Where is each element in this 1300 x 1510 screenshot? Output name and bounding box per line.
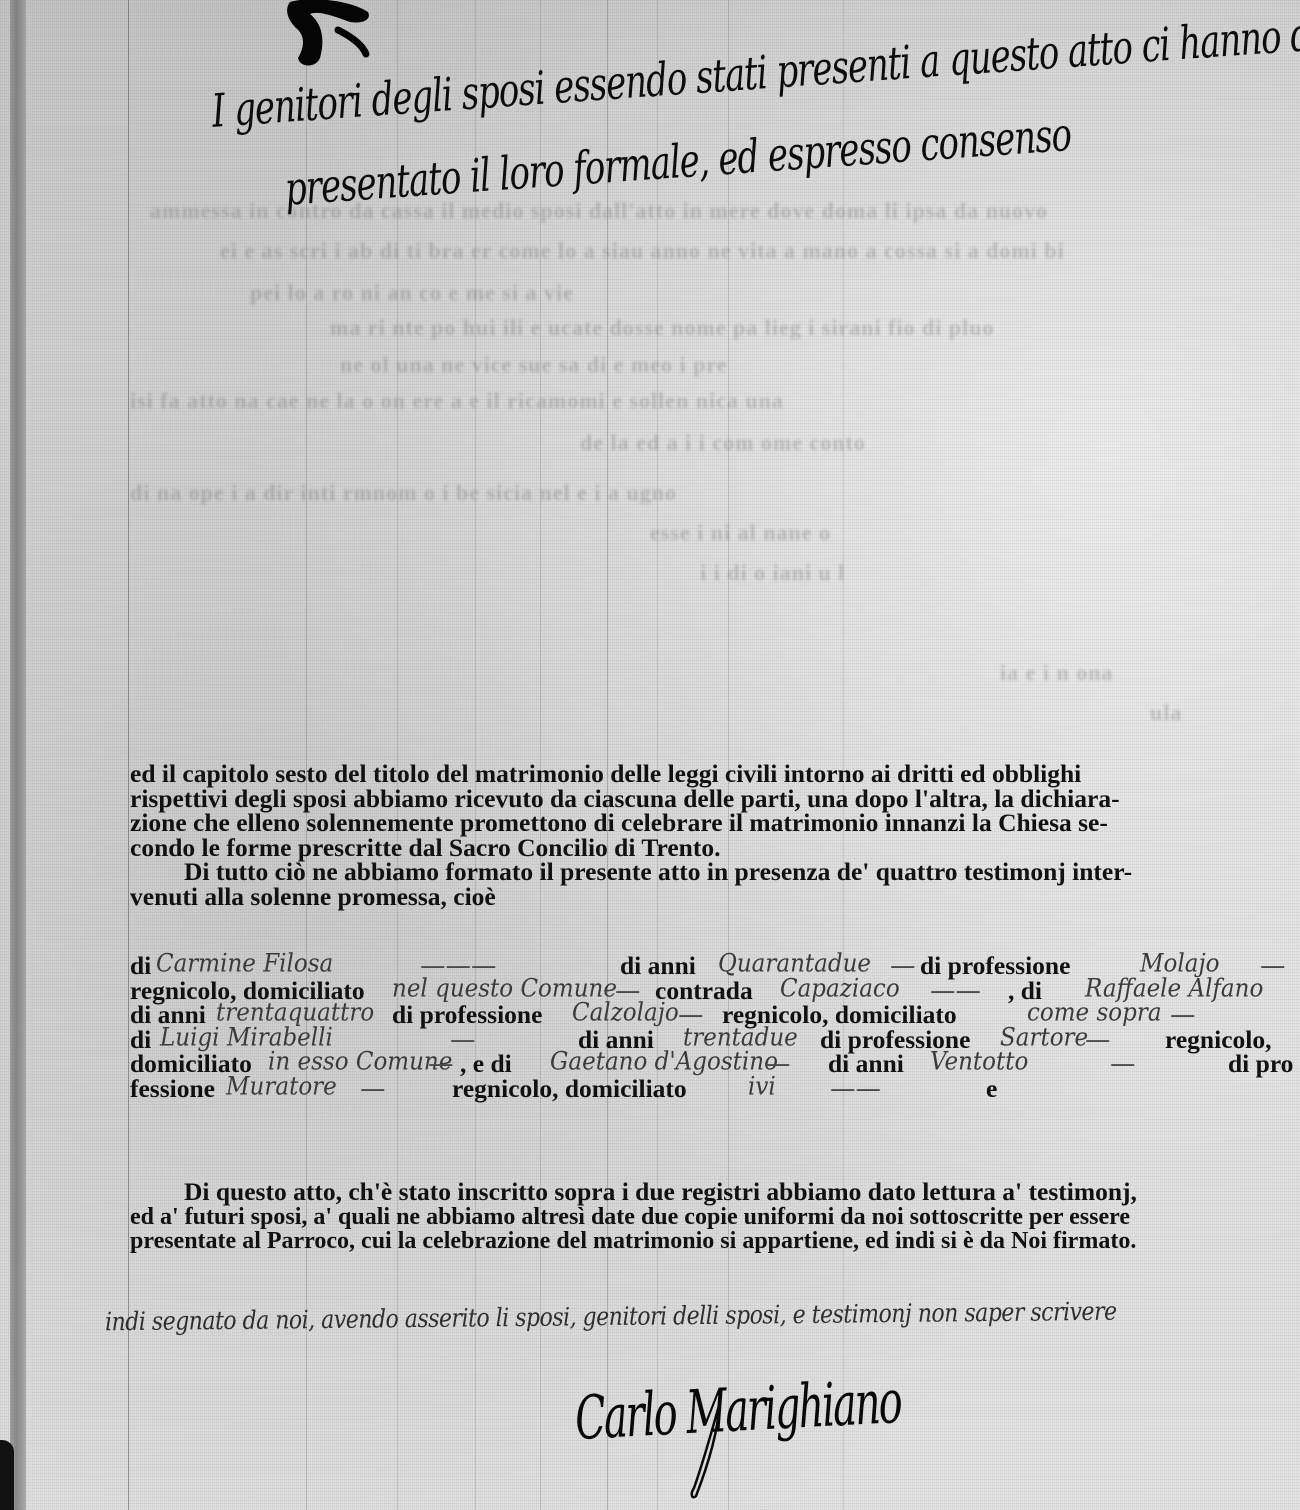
ruling-line [657,0,658,1510]
ruling-line [607,0,608,1510]
signature-flourish-icon [690,1400,730,1500]
paper-texture [0,0,1300,1510]
label-profession-start: di pro [1228,1052,1293,1077]
witness-4-name: Gaetano d'Agostino [550,1049,778,1076]
closing-line: presentate al Parroco, cui la celebrazio… [130,1229,1300,1254]
closing-line: ed a' futuri sposi, a' quali ne abbiamo … [130,1205,1300,1230]
binding-edge [10,0,26,1510]
label-di: di [130,954,151,979]
ruling-line [540,0,541,1510]
printed-body: ed il capitolo sesto del titolo del matr… [130,762,1300,910]
ruling-line [843,0,844,1510]
binding-shadow [0,1440,14,1510]
witness-4-domicile: ivi [748,1074,776,1101]
label-citizenship: regnicolo, domiciliato [452,1077,687,1102]
bleed-through-text: de la ed a i i com ome conto [580,430,866,456]
label-age: di anni [620,954,696,979]
witness-1-name: Carmine Filosa [156,951,333,978]
fill-dash: — [360,1077,386,1102]
ruling-line [306,0,307,1510]
bleed-through-text: ei e as scri i ab di ti bra er come lo a… [220,238,1065,264]
fill-dash: — [1110,1052,1136,1077]
printed-line: venuti alla solenne promessa, cioè [130,885,1300,910]
bleed-through-text: ula [1150,700,1182,726]
bleed-through-text: i i di o iani u l [700,560,845,586]
printed-line: ed il capitolo sesto del titolo del matr… [130,762,1300,787]
bleed-through-text: pei lo a ro ni an co e me si a vie [250,280,574,306]
witness-block: di Carmine Filosa ——— di anni Quarantadu… [130,954,1300,1102]
marginal-ink-mark-icon [280,0,380,70]
bleed-through-text: ia e i n ona [1000,660,1113,686]
signature: Carlo Marighiano [573,1368,902,1454]
label-profession: di professione [920,954,1070,979]
fill-dash: — [1260,954,1286,979]
witness-line-6: fessione Muratore — regnicolo, domicilia… [130,1077,1300,1102]
bleed-through-text: ma ri nte po hui ili e ucate dosse nome … [330,315,994,341]
witness-4-age: Ventotto [930,1049,1028,1076]
witness-1-street: Capaziaco [780,975,900,1002]
ruling-line [128,0,129,1510]
label-profession-end: fessione [130,1077,215,1102]
witness-4-profession: Muratore [226,1074,337,1101]
bleed-through-text: di na ope i a dir inti rmnom o i be sici… [130,480,677,506]
end-mark: e [986,1077,997,1102]
fill-dash: — [1085,1028,1111,1053]
fill-dash: —— [830,1077,881,1102]
ruling-line [397,0,398,1510]
closing-line: Di questo atto, ch'è stato inscritto sop… [130,1180,1300,1205]
closing-paragraph: Di questo atto, ch'è stato inscritto sop… [130,1180,1300,1254]
fill-dash: — [428,1052,454,1077]
bleed-through-text: ammessa in contro da cassa il medio spos… [150,198,1048,224]
witness-2-profession: Calzolajo [572,1000,679,1027]
bleed-through-text: esse i ni al nane o [650,520,831,546]
bottom-annotation: indi segnato da noi, avendo asserito li … [105,1298,1117,1337]
bleed-through-text: ne ol una ne vice sue sa di e meo i pre [340,352,728,378]
bleed-through-text: isi fa atto na cae ne la o on ere a e il… [130,388,784,414]
document-page: ammessa in contro da cassa il medio spos… [0,0,1300,1510]
ruling-line [475,0,476,1510]
ruling-line [728,0,729,1510]
